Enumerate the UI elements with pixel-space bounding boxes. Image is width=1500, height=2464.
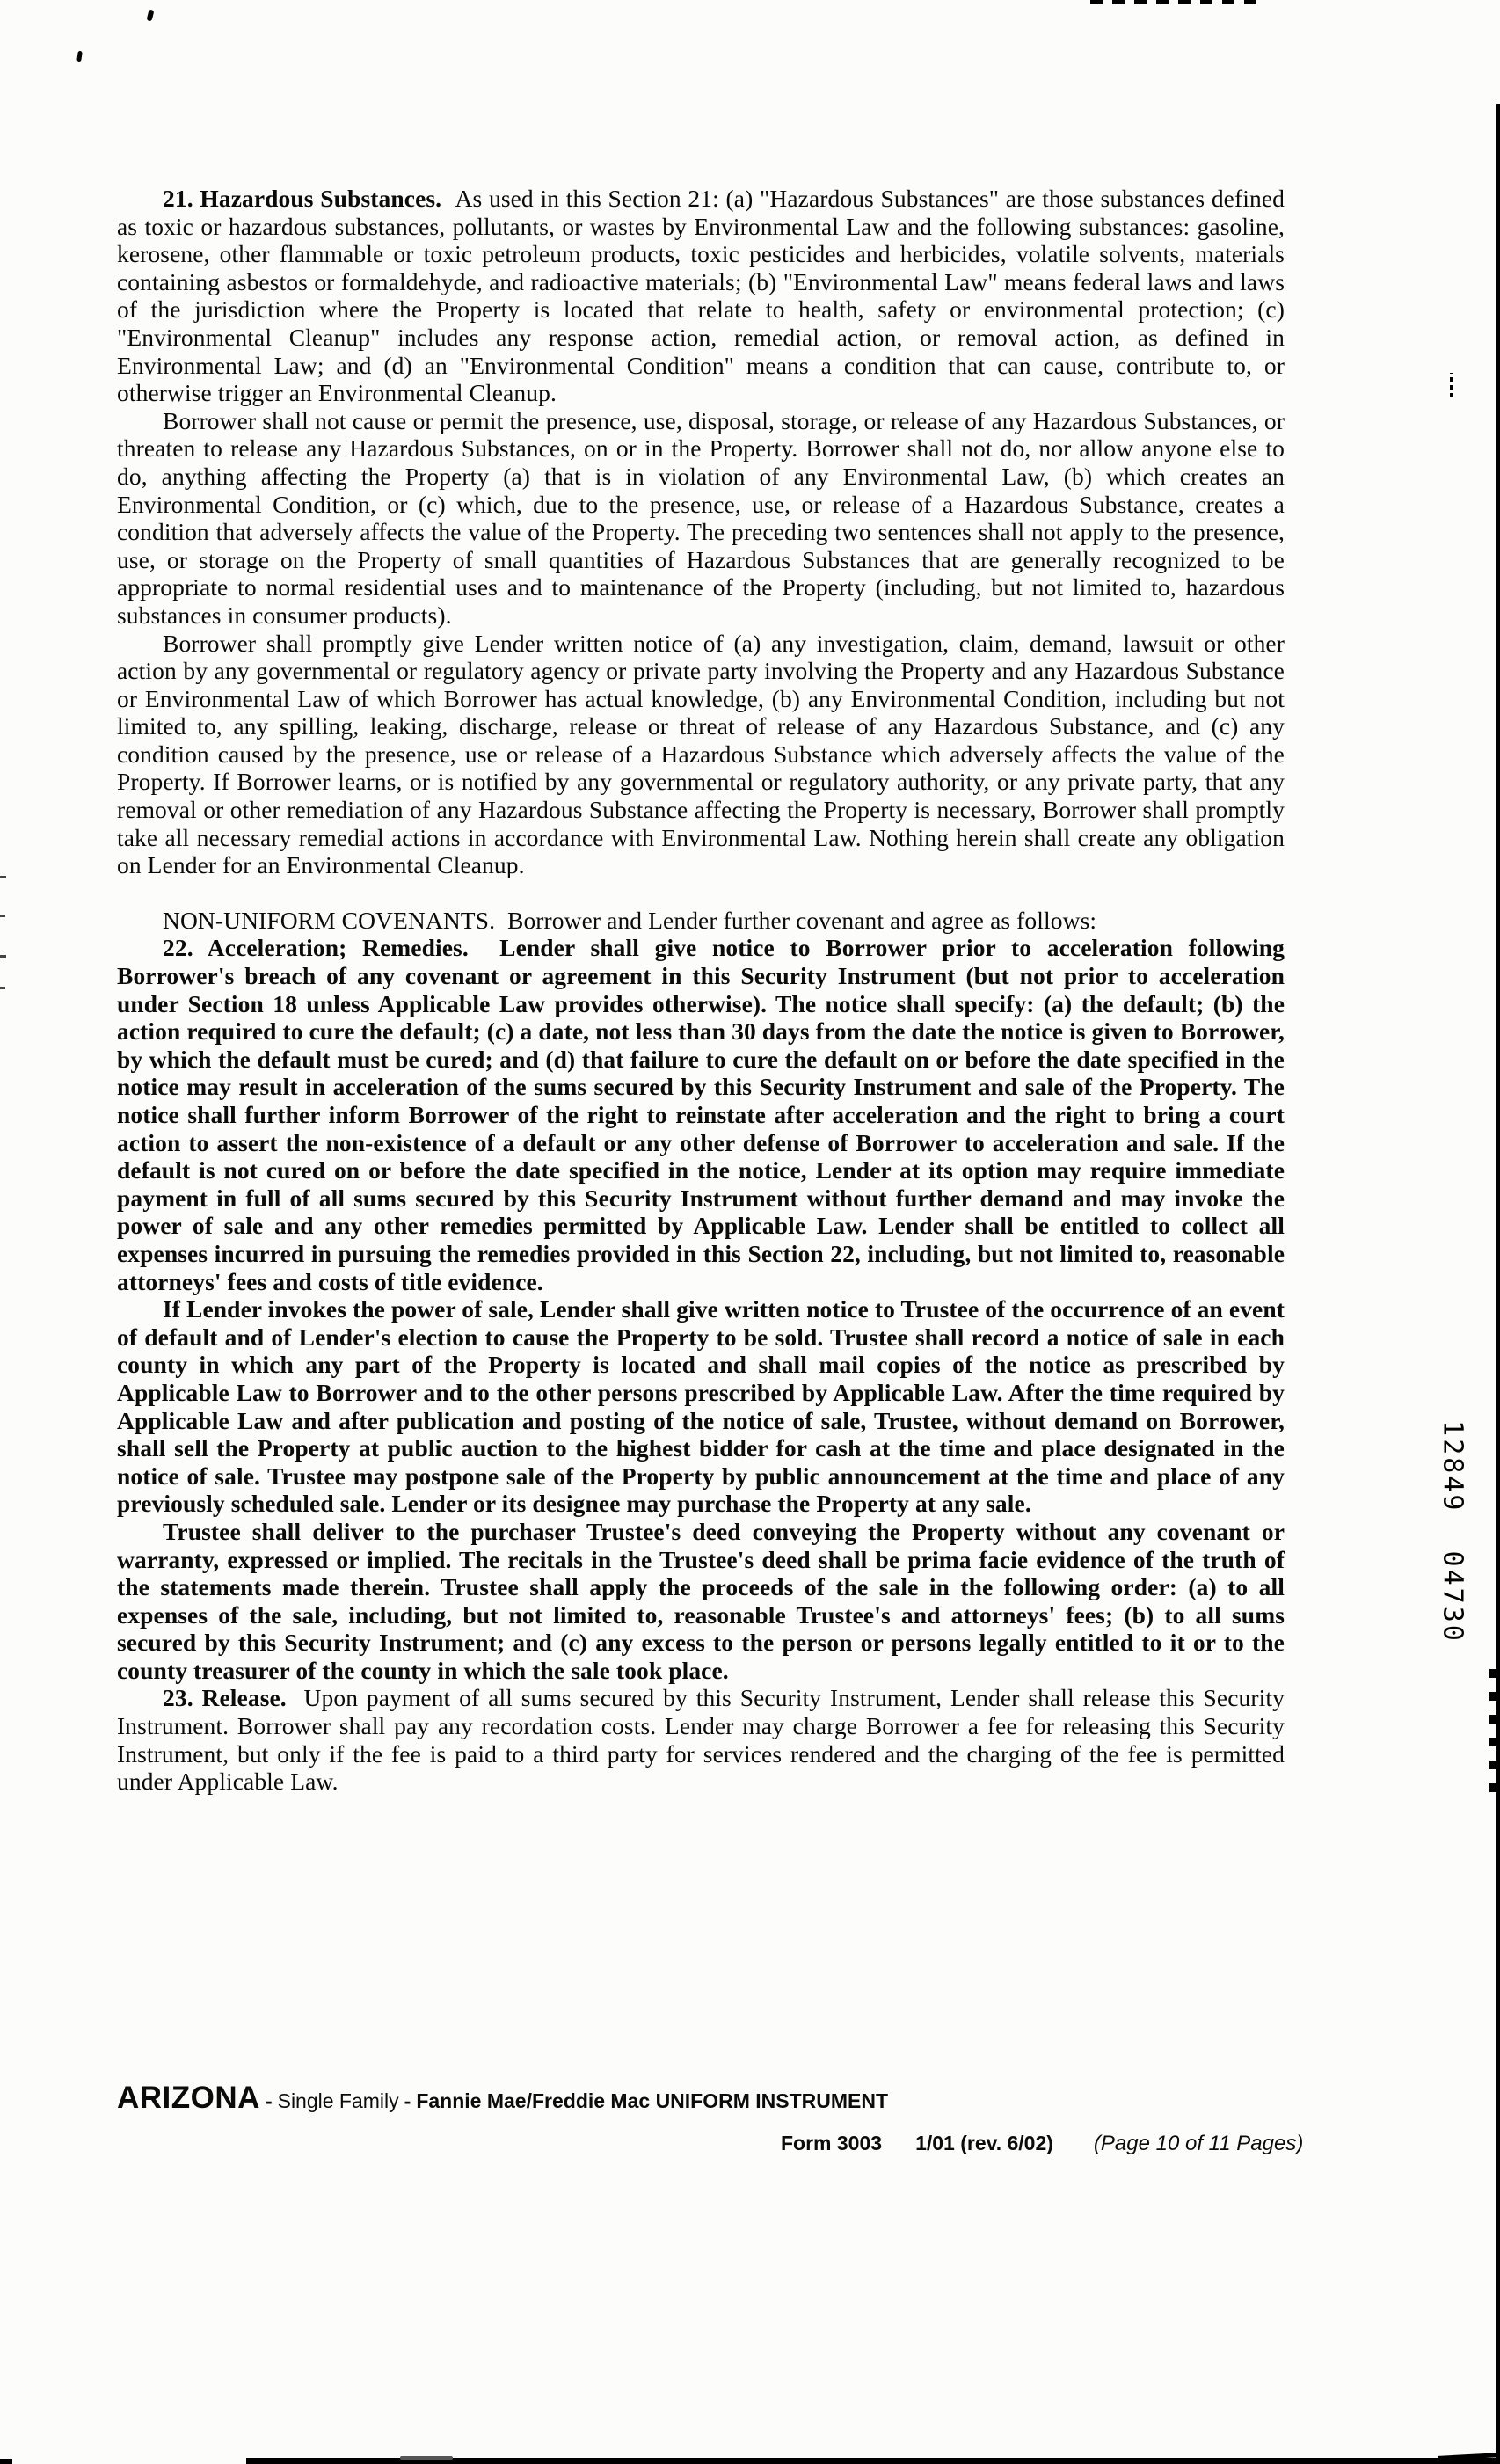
scan-artifact-speck xyxy=(76,51,83,62)
document-text: 21. Hazardous Substances. As used in thi… xyxy=(117,185,1285,1796)
paragraph-lead: 23. Release. xyxy=(163,1684,304,1711)
footer-form-number: Form 3003 xyxy=(781,2132,882,2154)
scan-artifact-left-dash xyxy=(0,987,5,989)
scan-artifact-top-dashed-line xyxy=(1090,0,1266,4)
section-22-trustee-deed: Trustee shall deliver to the purchaser T… xyxy=(117,1518,1285,1685)
paragraph-lead: 21. Hazardous Substances. xyxy=(163,185,455,212)
section-21-paragraph-3: Borrower shall promptly give Lender writ… xyxy=(117,630,1285,879)
scan-artifact-left-dash xyxy=(0,955,6,958)
footer-state: ARIZONA xyxy=(117,2081,260,2115)
footer-family-type: Single Family xyxy=(278,2089,399,2112)
section-21-paragraph-2: Borrower shall not cause or permit the p… xyxy=(117,407,1285,630)
scan-artifact-bottom-edge-left xyxy=(0,2459,12,2464)
footer-separator: - xyxy=(260,2089,278,2112)
non-uniform-covenants-heading: NON-UNIFORM COVENANTS. Borrower and Lend… xyxy=(117,907,1285,935)
footer-form-revision: 1/01 (rev. 6/02) xyxy=(915,2132,1053,2154)
scan-artifact-speck xyxy=(147,9,155,21)
section-23-release: 23. Release. Upon payment of all sums se… xyxy=(117,1684,1285,1795)
paragraph-lead: NON-UNIFORM COVENANTS. xyxy=(163,907,507,934)
paragraph-lead: 22. Acceleration; Remedies. xyxy=(163,934,499,961)
scan-artifact-bottom-smudge xyxy=(400,2456,453,2460)
scan-artifact-right-edge-ticks xyxy=(1489,1669,1500,1792)
footer-form-line: Form 30031/01 (rev. 6/02)(Page 10 of 11 … xyxy=(781,2132,1303,2156)
section-22-power-of-sale: If Lender invokes the power of sale, Len… xyxy=(117,1295,1285,1518)
document-page: 21. Hazardous Substances. As used in thi… xyxy=(0,0,1500,2464)
footer-identification-line: ARIZONA-Single Family-Fannie Mae/Freddie… xyxy=(117,2081,888,2116)
scan-artifact-right-edge-line xyxy=(1496,104,1500,2464)
scan-artifact-left-dash xyxy=(0,876,6,878)
scan-artifact-left-dash xyxy=(0,915,5,917)
scan-artifact-right-tick xyxy=(1450,373,1453,397)
footer-page-indicator: (Page 10 of 11 Pages) xyxy=(1094,2132,1303,2155)
footer-instrument-type: Fannie Mae/Freddie Mac UNIFORM INSTRUMEN… xyxy=(416,2089,888,2112)
recorder-number-stamp: 12849 04730 xyxy=(1438,1420,1468,1644)
section-21-hazardous-substances: 21. Hazardous Substances. As used in thi… xyxy=(117,185,1285,407)
footer-separator: - xyxy=(399,2089,417,2112)
section-22-acceleration-remedies: 22. Acceleration; Remedies. Lender shall… xyxy=(117,934,1285,1295)
